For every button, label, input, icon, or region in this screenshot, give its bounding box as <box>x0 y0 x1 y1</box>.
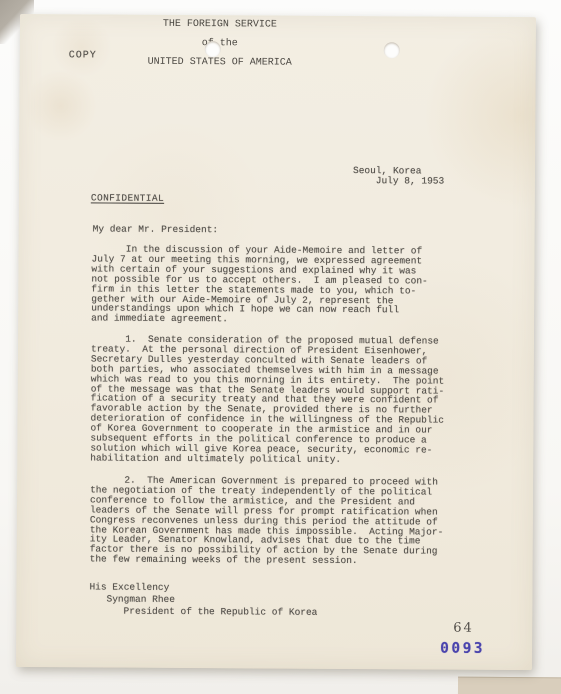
document-page: COPY THE FOREIGN SERVICE of the UNITED S… <box>16 14 536 670</box>
paragraph-point-2: 2. The American Government is prepared t… <box>90 475 444 566</box>
letterhead-line1: THE FOREIGN SERVICE <box>20 14 420 35</box>
dateline: Seoul, Korea July 8, 1953 <box>353 166 444 187</box>
salutation: My dear Mr. President: <box>93 224 218 235</box>
copy-label: COPY <box>69 51 97 61</box>
folio-number-stamp: 0093 <box>440 641 485 657</box>
underlying-sheet-edge <box>458 677 561 694</box>
scan-background: COPY THE FOREIGN SERVICE of the UNITED S… <box>0 0 561 694</box>
closing-address-block: His Excellency Syngman Rhee President of… <box>89 581 317 618</box>
paragraph-point-1: 1. Senate consideration of the proposed … <box>90 334 444 465</box>
classification-label: CONFIDENTIAL <box>91 193 164 203</box>
paragraph-intro: In the discussion of your Aide-Memoire a… <box>91 244 428 325</box>
hole-punch-left-icon <box>205 41 221 57</box>
hole-punch-right-icon <box>384 42 400 58</box>
page-number-stamp: 64 <box>453 621 474 636</box>
letterhead: THE FOREIGN SERVICE of the UNITED STATES… <box>20 14 420 73</box>
